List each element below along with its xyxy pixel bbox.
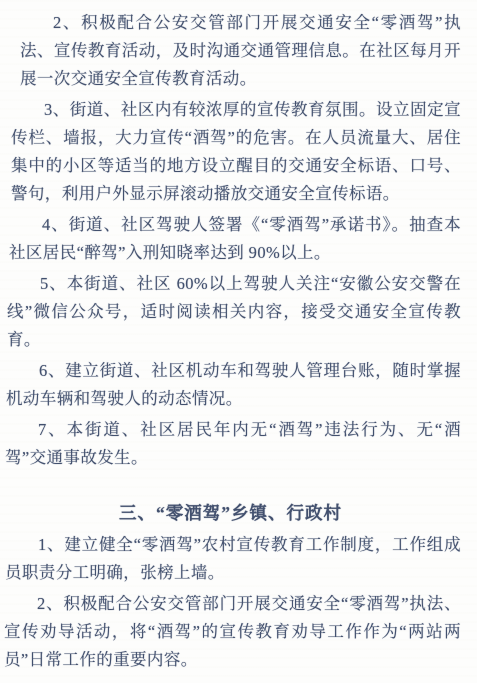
doc-paragraph: 4、街道、社区驾驶人签署《“零酒驾”承诺书》。抽查本社区居民“醉驾”入刑知晓率达… (0, 211, 461, 267)
doc-paragraph: 2、积极配合公安交管部门开展交通安全“零酒驾”执法、宣传教育活动，及时沟通交通管… (0, 9, 461, 93)
doc-paragraph: 2、积极配合公安交管部门开展交通安全“零酒驾”执法、宣传劝导活动，将“酒驾”的宣… (0, 590, 461, 674)
doc-paragraph: 6、建立街道、社区机动车和驾驶人管理台账，随时掌握机动车辆和驾驶人的动态情况。 (0, 357, 461, 413)
document-page: 2、积极配合公安交管部门开展交通安全“零酒驾”执法、宣传教育活动，及时沟通交通管… (0, 0, 477, 683)
doc-paragraph: 3、街道、社区内有较浓厚的宣传教育氛围。设立固定宣传栏、墙报，大力宣传“酒驾”的… (0, 96, 461, 208)
doc-paragraph: 5、本街道、社区 60%以上驾驶人关注“安徽公安交警在线”微信公众号，适时阅读相… (0, 270, 461, 354)
doc-paragraph: 1、建立健全“零酒驾”农村宣传教育工作制度，工作组成员职责分工明确，张榜上墙。 (0, 531, 461, 587)
section-heading: 三、“零酒驾”乡镇、行政村 (0, 499, 461, 527)
doc-paragraph: 7、本街道、社区居民年内无“酒驾”违法行为、无“酒驾”交通事故发生。 (0, 416, 461, 472)
